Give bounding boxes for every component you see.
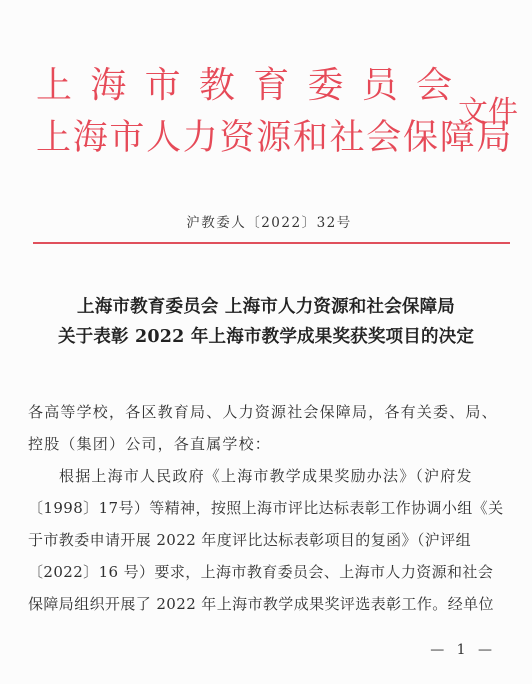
paragraph-line: 〔1998〕17号）等精神，按照上海市评比达标表彰工作协调小组《关 — [28, 492, 498, 524]
title-line-2: 关于表彰 2022 年上海市教学成果奖获奖项目的决定 — [0, 322, 532, 352]
salutation-line-1: 各高等学校，各区教育局、人力资源社会保障局，各有关委、局、 — [28, 396, 498, 428]
paragraph-line: 于市教委申请开展 2022 年度评比达标表彰项目的复函》（沪评组 — [28, 524, 498, 556]
document-body: 各高等学校，各区教育局、人力资源社会保障局，各有关委、局、 控股（集团）公司，各… — [28, 396, 498, 620]
paragraph-line: 〔2022〕16 号）要求，上海市教育委员会、上海市人力资源和社会 — [28, 556, 498, 588]
red-letterhead: 上海市教育委员会 上海市人力资源和社会保障局 文件 — [0, 0, 532, 180]
document-number: 沪教委人〔2022〕32号 — [0, 214, 532, 232]
document-page: 上海市教育委员会 上海市人力资源和社会保障局 文件 沪教委人〔2022〕32号 … — [0, 0, 532, 684]
page-number: — 1 — — [430, 640, 496, 660]
title-line-1: 上海市教育委员会 上海市人力资源和社会保障局 — [0, 292, 532, 322]
red-divider-line — [33, 242, 510, 244]
salutation-line-2: 控股（集团）公司，各直属学校： — [28, 428, 498, 460]
issuer-human-resources-bureau: 上海市人力资源和社会保障局 — [36, 118, 513, 158]
document-title: 上海市教育委员会 上海市人力资源和社会保障局 关于表彰 2022 年上海市教学成… — [0, 292, 532, 352]
paragraph-line: 根据上海市人民政府《上海市教学成果奖励办法》（沪府发 — [28, 460, 498, 492]
paragraph-line: 保障局组织开展了 2022 年上海市教学成果奖评选表彰工作。经单位 — [28, 588, 498, 620]
document-suffix: 文件 — [458, 96, 518, 130]
issuer-education-commission: 上海市教育委员会 — [36, 66, 470, 106]
